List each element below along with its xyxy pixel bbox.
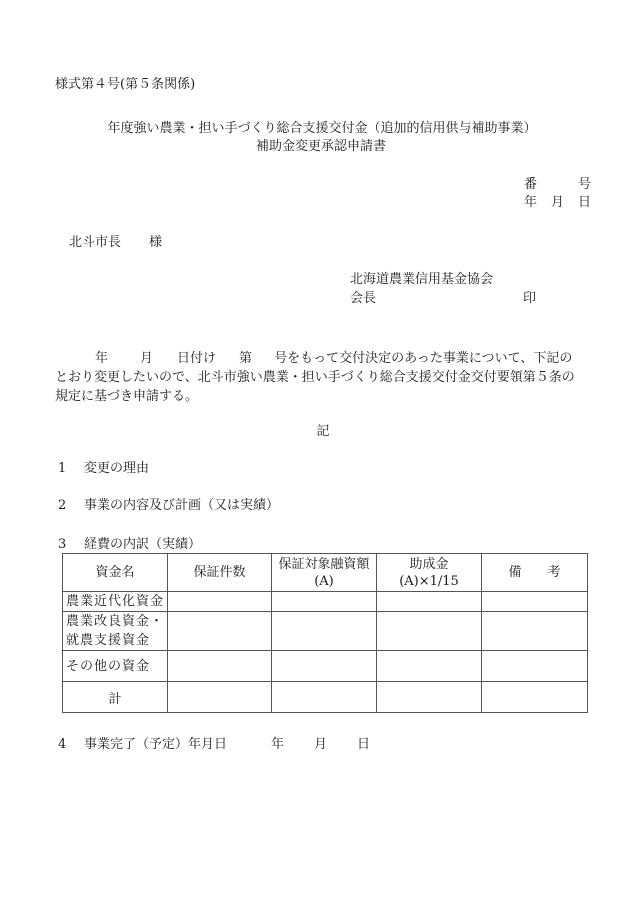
header-guaranteed-amount: 保証対象融資額 (A) xyxy=(272,554,377,592)
number-label: 番 xyxy=(524,178,537,191)
body-line1: 号をもって交付決定のあった事業について、下記の xyxy=(274,351,572,366)
total-label-cell: 計 xyxy=(63,682,168,713)
item-change-reason: 1変更の理由 xyxy=(58,462,149,475)
item-label: 経費の内訳（実績） xyxy=(84,537,201,552)
item-label: 変更の理由 xyxy=(84,461,149,476)
guarantee-count-cell[interactable] xyxy=(168,592,272,612)
remarks-cell[interactable] xyxy=(482,651,588,682)
header-guaranteed-amount-line1: 保証対象融資額 xyxy=(272,556,376,573)
subsidy-cell[interactable] xyxy=(377,651,482,682)
remarks-cell[interactable] xyxy=(482,592,588,612)
body-line3: 規定に基づき申請する。 xyxy=(55,389,198,404)
body-day: 日付け xyxy=(177,351,216,366)
table-row: その他の資金 xyxy=(63,651,588,682)
completion-month: 月 xyxy=(314,737,327,752)
header-guaranteed-amount-line2: (A) xyxy=(272,573,376,590)
table-header-row: 資金名 保証件数 保証対象融資額 (A) 助成金 (A)×1/15 備 考 xyxy=(63,554,588,592)
item-number: 1 xyxy=(58,462,84,475)
body-year: 年 xyxy=(95,351,108,366)
item-number: 3 xyxy=(58,538,84,551)
header-guarantee-count: 保証件数 xyxy=(168,554,272,592)
addressee: 北斗市長 xyxy=(69,236,121,249)
body-line2: とおり変更したいので、北斗市強い農業・担い手づくり総合支援交付金交付要領第５条の xyxy=(55,370,575,385)
document-subtitle: 補助金変更承認申請書 xyxy=(0,140,630,153)
fund-name-line2: 就農支援資金 xyxy=(66,631,167,650)
date-month-label: 月 xyxy=(551,196,564,209)
applicant-organization: 北海道農業信用基金協会 xyxy=(350,273,493,286)
guarantee-count-cell[interactable] xyxy=(168,682,272,713)
header-remarks: 備 考 xyxy=(482,554,588,592)
guaranteed-amount-cell[interactable] xyxy=(272,651,377,682)
table-row: 農業改良資金・ 就農支援資金 xyxy=(63,612,588,651)
document-title: 年度強い農業・担い手づくり総合支援交付金（追加的信用供与補助事業） xyxy=(0,122,630,135)
body-dai: 第 xyxy=(239,351,252,366)
item-cost-breakdown: 3経費の内訳（実績） xyxy=(58,538,201,551)
guaranteed-amount-cell[interactable] xyxy=(272,682,377,713)
header-subsidy-line2: (A)×1/15 xyxy=(377,573,481,590)
guarantee-count-cell[interactable] xyxy=(168,612,272,651)
cost-breakdown-table: 資金名 保証件数 保証対象融資額 (A) 助成金 (A)×1/15 備 考 農業… xyxy=(62,553,588,713)
fund-name-cell: その他の資金 xyxy=(63,651,168,682)
subsidy-cell[interactable] xyxy=(377,612,482,651)
item-label: 事業の内容及び計画（又は実績） xyxy=(84,498,279,513)
fund-name-line1: 農業改良資金・ xyxy=(66,612,167,631)
ki-heading: 記 xyxy=(0,425,630,438)
subsidy-cell[interactable] xyxy=(377,682,482,713)
header-subsidy-line1: 助成金 xyxy=(377,556,481,573)
number-suffix: 号 xyxy=(578,178,591,191)
header-fund-name: 資金名 xyxy=(63,554,168,592)
item-number: 2 xyxy=(58,499,84,512)
remarks-cell[interactable] xyxy=(482,682,588,713)
addressee-honorific: 様 xyxy=(149,236,162,249)
date-day-label: 日 xyxy=(578,196,591,209)
guaranteed-amount-cell[interactable] xyxy=(272,592,377,612)
body-month: 月 xyxy=(140,351,153,366)
header-subsidy: 助成金 (A)×1/15 xyxy=(377,554,482,592)
fund-name-cell: 農業近代化資金 xyxy=(63,592,168,612)
form-number: 様式第４号(第５条関係) xyxy=(55,78,195,91)
completion-year: 年 xyxy=(271,737,284,752)
application-body: 年月日付け第号をもって交付決定のあった事業について、下記の とおり変更したいので… xyxy=(55,349,595,406)
fund-name-cell: 農業改良資金・ 就農支援資金 xyxy=(63,612,168,651)
guaranteed-amount-cell[interactable] xyxy=(272,612,377,651)
seal-mark: 印 xyxy=(523,292,536,305)
remarks-cell[interactable] xyxy=(482,612,588,651)
item-project-content: 2事業の内容及び計画（又は実績） xyxy=(58,499,279,512)
date-year-label: 年 xyxy=(524,196,537,209)
table-total-row: 計 xyxy=(63,682,588,713)
guarantee-count-cell[interactable] xyxy=(168,651,272,682)
item-number: 4 xyxy=(58,738,84,751)
subsidy-cell[interactable] xyxy=(377,592,482,612)
applicant-title: 会長 xyxy=(350,292,376,305)
completion-day: 日 xyxy=(357,737,370,752)
table-row: 農業近代化資金 xyxy=(63,592,588,612)
item-label: 事業完了（予定）年月日 xyxy=(84,737,227,752)
item-completion-date: 4事業完了（予定）年月日年月日 xyxy=(58,738,370,751)
